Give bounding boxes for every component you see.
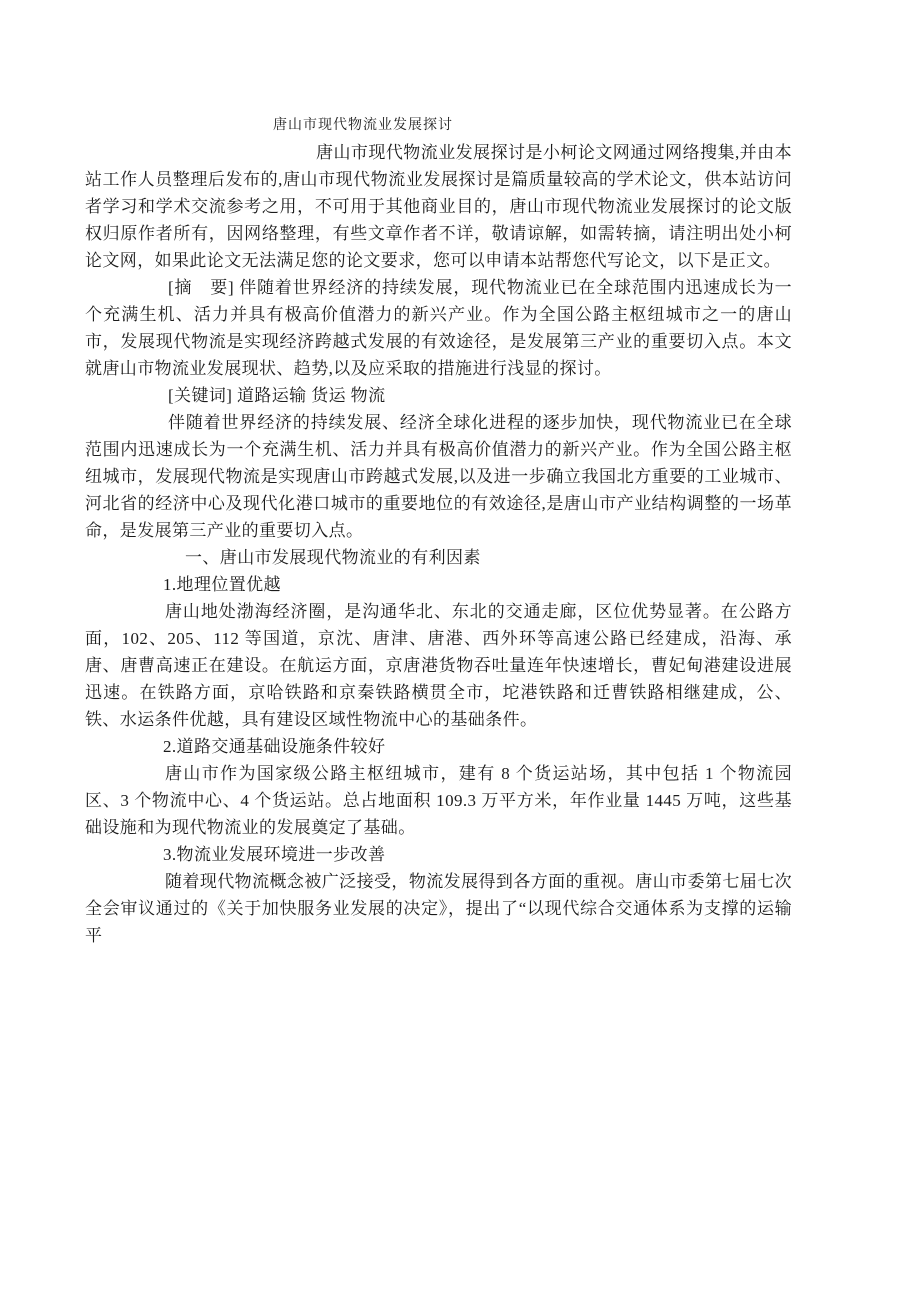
intro-paragraph: 伴随着世界经济的持续发展、经济全球化进程的逐步加快，现代物流业已在全球范围内迅速… <box>85 409 792 544</box>
section-item-1: 1.地理位置优越 唐山地处渤海经济圈，是沟通华北、东北的交通走廊，区位优势显著。… <box>85 571 792 733</box>
subsection-body-1: 唐山地处渤海经济圈，是沟通华北、东北的交通走廊，区位优势显著。在公路方面，102… <box>85 598 792 733</box>
subsection-body-3: 随着现代物流概念被广泛接受，物流发展得到各方面的重视。唐山市委第七届七次全会审议… <box>85 868 792 949</box>
document-content: 唐山市现代物流业发展探讨 唐山市现代物流业发展探讨是小柯论文网通过网络搜集,并由… <box>85 0 792 949</box>
subsection-body-2: 唐山市作为国家级公路主枢纽城市，建有 8 个货运站场，其中包括 1 个物流园区、… <box>85 760 792 841</box>
section-heading: 一、唐山市发展现代物流业的有利因素 <box>85 544 792 571</box>
site-notice-paragraph: 唐山市现代物流业发展探讨是小柯论文网通过网络搜集,并由本站工作人员整理后发布的,… <box>85 139 792 274</box>
page-title: 唐山市现代物流业发展探讨 <box>85 0 641 139</box>
section-item-2: 2.道路交通基础设施条件较好 唐山市作为国家级公路主枢纽城市，建有 8 个货运站… <box>85 733 792 841</box>
abstract-paragraph: [摘 要] 伴随着世界经济的持续发展，现代物流业已在全球范围内迅速成长为一个充满… <box>85 274 792 382</box>
document-page: 唐山市现代物流业发展探讨 唐山市现代物流业发展探讨是小柯论文网通过网络搜集,并由… <box>0 0 920 1302</box>
section-item-3: 3.物流业发展环境进一步改善 随着现代物流概念被广泛接受，物流发展得到各方面的重… <box>85 841 792 949</box>
subsection-heading-2: 2.道路交通基础设施条件较好 <box>85 733 792 760</box>
keywords-line: [关键词] 道路运输 货运 物流 <box>85 382 792 409</box>
subsection-heading-1: 1.地理位置优越 <box>85 571 792 598</box>
subsection-heading-3: 3.物流业发展环境进一步改善 <box>85 841 792 868</box>
